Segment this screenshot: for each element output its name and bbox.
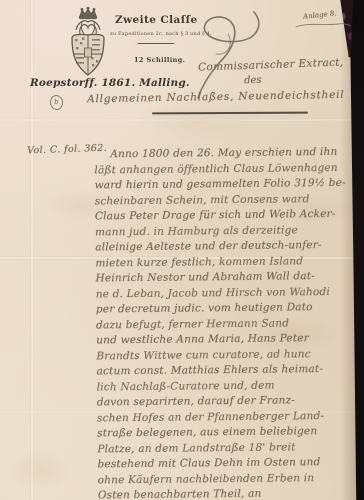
body-line: actum const. Matthias Ehlers als heimat-: [96, 362, 358, 380]
document-photo: Zweite Claſſe zu Expeditionen 2c. nach §…: [0, 0, 364, 500]
paraph-flourish-icon: [168, 4, 268, 104]
body-line: ward hierin und gesammelten Folio 319½ b…: [94, 176, 356, 194]
body-line: bestehend mit Claus Dehn im Osten und: [97, 455, 359, 473]
heading-line-2: des: [244, 75, 262, 87]
body-line: Osten benachbarten Theil, an: [98, 486, 360, 500]
stamp-issue-label: Roepstorff. 1861. Malling.: [30, 77, 190, 89]
body-line: alleinige Aelteste und der deutsch-unfer…: [95, 238, 357, 256]
body-text-block: Anno 1800 den 26. May erschien und ihn l…: [94, 145, 360, 500]
royal-crest-icon: [66, 6, 110, 78]
underline-flourish-icon: [294, 20, 352, 30]
body-line: ne d. Leban, Jacob und Hirsch von Wahodi: [96, 284, 358, 302]
body-line: schen Hofes an der Pfannenberger Land-: [97, 408, 359, 426]
body-line: Claus Peter Drage für sich und Weib Acke…: [95, 207, 357, 225]
